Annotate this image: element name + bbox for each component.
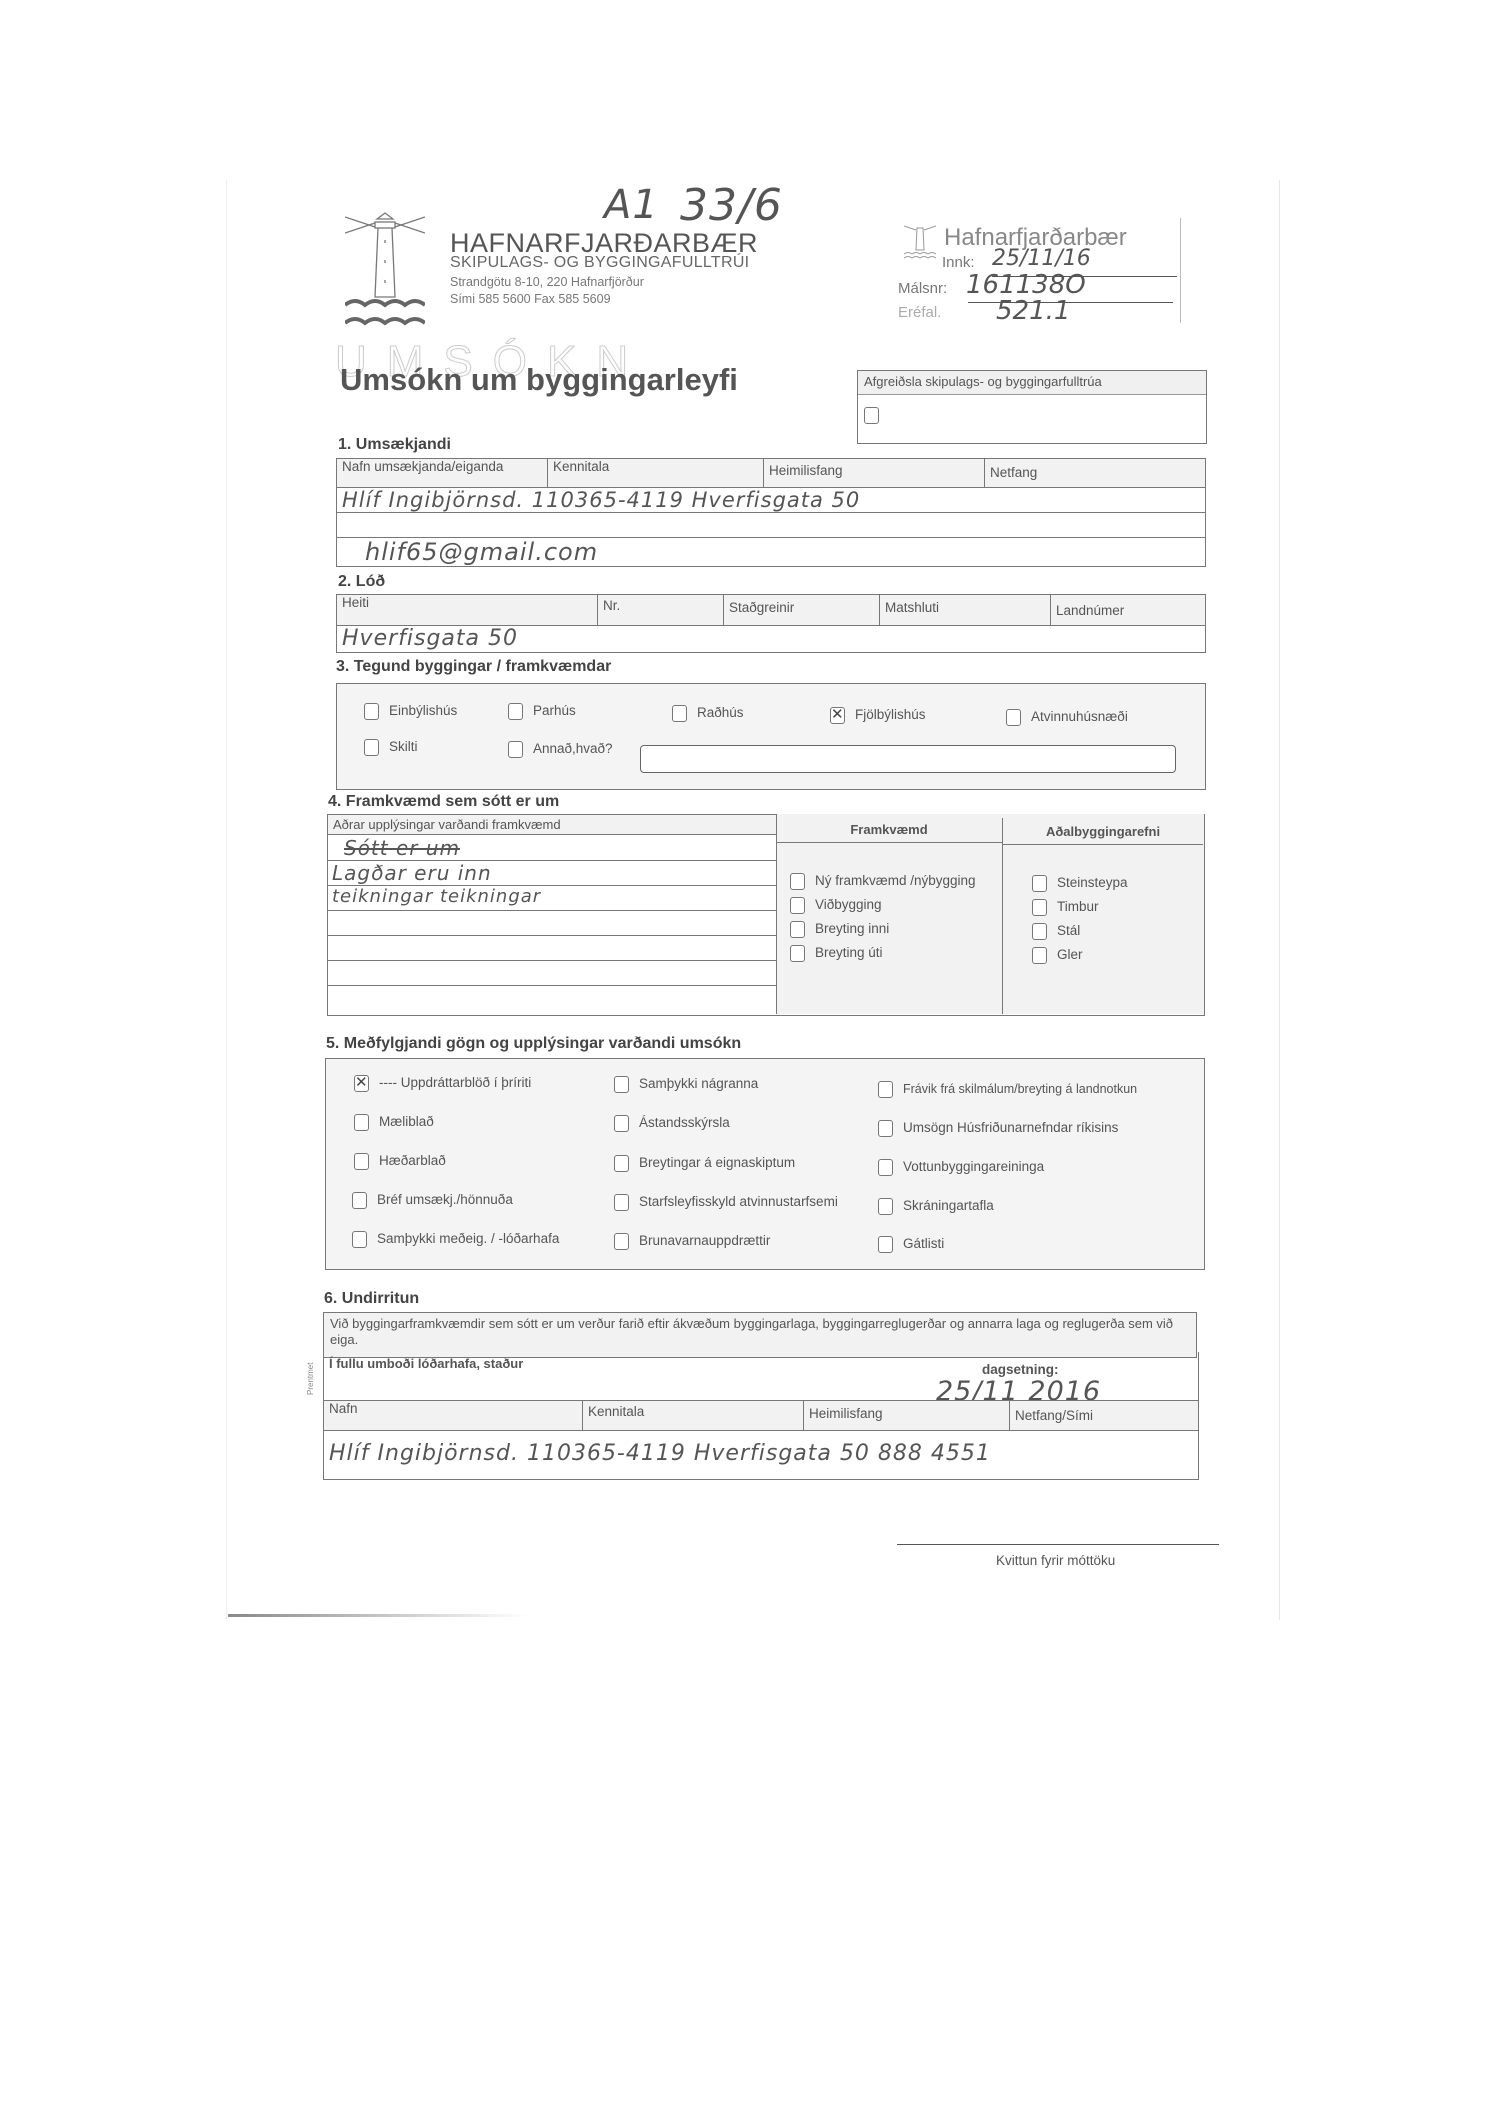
org-address: Strandgötu 8-10, 220 Hafnarfjörður <box>450 275 644 289</box>
attachment-umsogn-husfridunar[interactable]: Umsögn Húsfriðunarnefndar ríkisins <box>878 1120 1118 1137</box>
handwritten-reference-1: A1 <box>604 182 659 228</box>
signature-row[interactable]: Hlíf Ingibjörnsd. 110365-4119 Hverfisgat… <box>324 1431 1199 1480</box>
handwritten-reference-2: 33/6 <box>680 180 783 231</box>
applicant-row-2[interactable] <box>337 513 1206 538</box>
col-email: Netfang <box>985 459 1206 488</box>
col-sig-kennitala: Kennitala <box>583 1401 804 1431</box>
checkbox-fravik[interactable] <box>878 1081 893 1098</box>
section-4-title: 4. Framkvæmd sem sótt er um <box>328 793 559 811</box>
attachment-bref[interactable]: Bréf umsækj./hönnuða <box>352 1192 513 1209</box>
checkbox-skilti[interactable] <box>364 739 379 756</box>
authority-label: Í fullu umboði lóðarhafa, staður <box>329 1356 523 1371</box>
office-use-checkbox[interactable] <box>864 407 879 424</box>
checkbox-haedarblad[interactable] <box>354 1153 369 1170</box>
info-line-5[interactable] <box>328 936 776 961</box>
signature-table: Nafn Kennitala Heimilisfang Netfang/Sími… <box>323 1400 1199 1480</box>
info-line-2[interactable]: Lagðar eru inn <box>328 861 776 886</box>
section-5-title: 5. Meðfylgjandi gögn og upplýsingar varð… <box>326 1035 741 1053</box>
checkbox-fjolbylishus-checked[interactable] <box>830 707 845 724</box>
info-line-4[interactable] <box>328 911 776 936</box>
info-line-6[interactable] <box>328 961 776 986</box>
plot-row-1[interactable]: Hverfisgata 50 <box>337 626 1206 653</box>
col-stadgreinir: Staðgreinir <box>724 595 880 626</box>
other-info-header: Aðrar upplýsingar varðandi framkvæmd <box>328 815 776 835</box>
section-6-title: 6. Undirritun <box>324 1290 419 1308</box>
material-header: Aðalbyggingarefni <box>1003 820 1203 845</box>
option-annad[interactable]: Annað,hvað? <box>508 741 613 758</box>
attachment-vottun[interactable]: Vottunbyggingareininga <box>878 1159 1044 1176</box>
col-address: Heimilisfang <box>764 459 985 488</box>
option-skilti[interactable]: Skilti <box>364 739 418 756</box>
col-plot-name: Heiti <box>337 595 598 626</box>
checkbox-uppdrattarblod-checked[interactable] <box>354 1075 369 1092</box>
date-label: dagsetning: <box>982 1362 1059 1377</box>
checkbox-atvinnuhusnaedi[interactable] <box>1006 709 1021 726</box>
lighthouse-logo-icon <box>345 205 425 335</box>
attachment-maeliblad[interactable]: Mæliblað <box>354 1114 434 1131</box>
checkbox-ny-framkvaemd[interactable] <box>790 873 805 890</box>
checkbox-vottun[interactable] <box>878 1159 893 1176</box>
col-kennitala: Kennitala <box>548 459 764 488</box>
col-sig-contact: Netfang/Sími <box>1010 1401 1199 1431</box>
attachment-fravik[interactable]: Frávik frá skilmálum/breyting á landnotk… <box>878 1081 1137 1098</box>
section-2-title: 2. Lóð <box>338 573 385 591</box>
option-einbylishus[interactable]: Einbýlishús <box>364 703 457 720</box>
checkbox-maeliblad[interactable] <box>354 1114 369 1131</box>
option-breyting-inni[interactable]: Breyting inni <box>790 921 889 938</box>
other-type-input[interactable] <box>640 745 1176 773</box>
applicant-table: Nafn umsækjanda/eiganda Kennitala Heimil… <box>336 458 1206 567</box>
col-sig-name: Nafn <box>324 1401 583 1431</box>
checkbox-einbylishus[interactable] <box>364 703 379 720</box>
option-atvinnuhusnaedi[interactable]: Atvinnuhúsnæði <box>1006 709 1128 726</box>
stamp-erefal-value: 521.1 <box>996 296 1070 326</box>
info-line-3[interactable]: teikningar teikningar <box>328 886 776 911</box>
col-applicant-name: Nafn umsækjanda/eiganda <box>337 459 548 488</box>
option-ny-framkvaemd[interactable]: Ný framkvæmd /nýbygging <box>790 873 976 890</box>
attachment-astandsskyrsla[interactable]: Ástandsskýrsla <box>614 1115 730 1132</box>
checkbox-timbur[interactable] <box>1032 899 1047 916</box>
office-use-label: Afgreiðsla skipulags- og byggingarfulltr… <box>858 371 1206 395</box>
stamp-malsnr-label: Málsnr: <box>898 280 947 297</box>
org-phone-fax: Sími 585 5600 Fax 585 5609 <box>450 292 611 306</box>
checkbox-annad[interactable] <box>508 741 523 758</box>
checkbox-sampykki-medeig[interactable] <box>352 1231 367 1248</box>
received-stamp: Hafnarfjarðarbær Innk: 25/11/16 Málsnr: … <box>896 218 1181 323</box>
checkbox-umsogn-husfridunar[interactable] <box>878 1120 893 1137</box>
receipt-label: Kvittun fyrir móttöku <box>996 1553 1115 1568</box>
checkbox-sampykki-nagranna[interactable] <box>614 1076 629 1093</box>
plot-table: Heiti Nr. Staðgreinir Matshluti Landnúme… <box>336 594 1206 653</box>
option-vidbygging[interactable]: Viðbygging <box>790 897 882 914</box>
checkbox-skraningartafla[interactable] <box>878 1198 893 1215</box>
checkbox-breyting-uti[interactable] <box>790 945 805 962</box>
receipt-line <box>897 1544 1219 1545</box>
option-radhus[interactable]: Raðhús <box>672 705 744 722</box>
col-matshluti: Matshluti <box>880 595 1051 626</box>
page-title: Umsókn um byggingarleyfi <box>340 362 738 398</box>
other-info-lines: Sótt er um Lagðar eru inn teikningar tei… <box>328 836 776 986</box>
attachment-breytingar-eignaskiptum[interactable]: Breytingar á eignaskiptum <box>614 1155 795 1172</box>
option-breyting-uti[interactable]: Breyting úti <box>790 945 883 962</box>
stamp-erefal-label: Eréfal. <box>898 304 941 321</box>
org-department: SKIPULAGS- OG BYGGINGAFULLTRÚI <box>450 254 749 272</box>
option-fjolbylishus[interactable]: Fjölbýlishús <box>830 707 926 724</box>
attachment-sampykki-nagranna[interactable]: Samþykki nágranna <box>614 1076 758 1093</box>
attachment-starfsleyfisskyld[interactable]: Starfsleyfisskyld atvinnustarfsemi <box>614 1194 838 1211</box>
stamp-innk-value: 25/11/16 <box>992 246 1091 271</box>
checkbox-steinsteypa[interactable] <box>1032 875 1047 892</box>
printer-mark: Prentmet <box>306 1363 315 1395</box>
section-3-title: 3. Tegund byggingar / framkvæmdar <box>336 658 611 676</box>
checkbox-brunavarnauppdraettir[interactable] <box>614 1233 629 1250</box>
attachment-gatlisti[interactable]: Gátlisti <box>878 1236 944 1253</box>
paper-shadow <box>228 1614 528 1617</box>
attachment-brunavarnauppdraettir[interactable]: Brunavarnauppdrættir <box>614 1233 770 1250</box>
building-type-panel <box>336 683 1206 790</box>
checkbox-radhus[interactable] <box>672 705 687 722</box>
checkbox-breyting-inni[interactable] <box>790 921 805 938</box>
checkbox-starfsleyfisskyld[interactable] <box>614 1194 629 1211</box>
applicant-row-3[interactable]: hlif65@gmail.com <box>337 538 1206 567</box>
works-header: Framkvæmd <box>776 818 1002 843</box>
attachment-uppdrattarblod[interactable]: ---- Uppdráttarblöð í þríriti <box>354 1075 531 1092</box>
checkbox-astandsskyrsla[interactable] <box>614 1115 629 1132</box>
checkbox-breytingar-eignaskiptum[interactable] <box>614 1155 629 1172</box>
attachment-sampykki-medeig[interactable]: Samþykki meðeig. / -lóðarhafa <box>352 1231 559 1248</box>
section-1-title: 1. Umsækjandi <box>338 436 451 454</box>
attachment-haedarblad[interactable]: Hæðarblað <box>354 1153 446 1170</box>
stamp-innk-label: Innk: <box>942 254 975 271</box>
info-line-1[interactable]: Sótt er um <box>328 836 776 861</box>
checkbox-bref[interactable] <box>352 1192 367 1209</box>
option-stal[interactable]: Stál <box>1032 923 1080 940</box>
office-use-box: Afgreiðsla skipulags- og byggingarfulltr… <box>857 370 1207 444</box>
checkbox-stal[interactable] <box>1032 923 1047 940</box>
checkbox-parhus[interactable] <box>508 703 523 720</box>
option-timbur[interactable]: Timbur <box>1032 899 1099 916</box>
option-parhus[interactable]: Parhús <box>508 703 576 720</box>
col-sig-address: Heimilisfang <box>804 1401 1010 1431</box>
checkbox-gler[interactable] <box>1032 947 1047 964</box>
col-plot-number: Nr. <box>598 595 724 626</box>
applicant-row-1[interactable]: Hlíf Ingibjörnsd. 110365-4119 Hverfisgat… <box>337 488 1206 513</box>
option-steinsteypa[interactable]: Steinsteypa <box>1032 875 1128 892</box>
col-landnumer: Landnúmer <box>1051 595 1206 626</box>
checkbox-gatlisti[interactable] <box>878 1236 893 1253</box>
stamp-lighthouse-icon <box>904 222 936 260</box>
option-gler[interactable]: Gler <box>1032 947 1083 964</box>
attachment-skraningartafla[interactable]: Skráningartafla <box>878 1198 994 1215</box>
checkbox-vidbygging[interactable] <box>790 897 805 914</box>
